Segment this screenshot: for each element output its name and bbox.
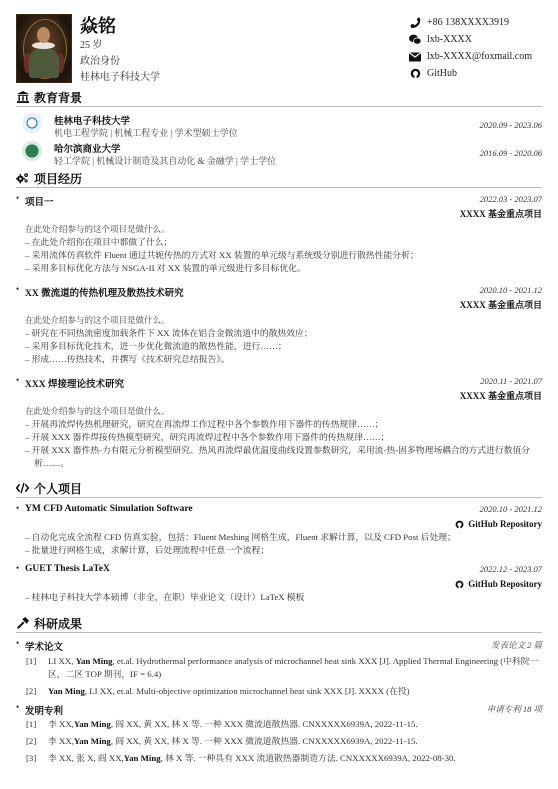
patents-count: 申请专利 18 项 (487, 703, 542, 715)
email-text: lxb-XXXX@foxmail.com (427, 51, 532, 62)
project-date: 2022.12 - 2023.07 (480, 564, 542, 574)
project-title: GUET Thesis LaTeX (25, 564, 110, 574)
project-title: XXX 焊接理论技术研究 (25, 376, 124, 390)
project-title: 项目一 (25, 194, 54, 208)
project-item: • 项目一 2022.03 - 2023.07 XXXX 基金重点项目 在此处介… (16, 193, 542, 275)
personal-project-item: • GUET Thesis LaTeX 2022.12 - 2023.07 Gi… (16, 563, 542, 604)
paper-item: [2] Yan Ming, LI XX, et.al. Multi-object… (26, 685, 542, 698)
political-status: 政治身份 (80, 52, 120, 67)
project-intro: 在此处介绍参与的这个项目是做什么。 (25, 405, 542, 418)
patent-item: [3] 李 XX, 张 X, 阎 XX,Yan Ming, 林 X 等. 一种具… (26, 752, 542, 765)
bullet: • (16, 503, 19, 513)
age: 25 岁 (80, 36, 103, 51)
section-education-title: 教育背景 (16, 88, 542, 107)
project-tag: XXXX 基金重点项目 (16, 298, 542, 312)
project-date: 2022.03 - 2023.07 (480, 194, 542, 204)
contact-list: +86 138XXXX3919 lxb-XXXX lxb-XXXX@foxmai… (409, 14, 558, 82)
hammer-icon (16, 617, 29, 630)
papers-title: 学术论文 (25, 639, 63, 653)
envelope-icon (409, 51, 421, 63)
patent-item: [1] 李 XX,Yan Ming, 阎 XX, 黄 XX, 林 X 等. 一种… (26, 718, 542, 731)
patents-title: 发明专利 (25, 703, 63, 717)
phone-text: +86 138XXXX3919 (427, 17, 509, 28)
github-icon (409, 68, 421, 80)
phone-icon (409, 17, 421, 29)
papers-count: 发表论文 2 篇 (491, 639, 542, 651)
contact-wechat[interactable]: lxb-XXXX (409, 31, 558, 48)
bullet: • (16, 563, 19, 573)
current-school: 桂林电子科技大学 (80, 68, 160, 83)
code-icon (16, 482, 29, 495)
gears-icon (16, 172, 29, 185)
avatar (16, 14, 72, 83)
github-repo-link[interactable]: GitHub Repository (16, 577, 542, 591)
contact-phone[interactable]: +86 138XXXX3919 (409, 14, 558, 31)
github-repo-link[interactable]: GitHub Repository (16, 517, 542, 531)
project-intro: 在此处介绍参与的这个项目是做什么。 (25, 223, 542, 236)
github-icon (455, 580, 464, 589)
section-projects-title: 项目经历 (16, 169, 542, 188)
project-title: XX 微流道的传热机理及散热技术研究 (25, 285, 184, 299)
project-date: 2020.10 - 2021.12 (480, 285, 542, 295)
education-item: 哈尔滨商业大学 轻工学院 | 机械设计制造及其自动化 & 金融学 | 学士学位 … (16, 139, 542, 167)
project-date: 2020.11 - 2021.07 (480, 376, 542, 386)
project-title: YM CFD Automatic Simulation Software (25, 504, 193, 514)
bullet: • (16, 284, 19, 294)
project-item: • XX 微流道的传热机理及散热技术研究 2020.10 - 2021.12 X… (16, 284, 542, 366)
wechat-text: lxb-XXXX (427, 34, 472, 45)
section-personal-projects-title: 个人项目 (16, 479, 542, 498)
bullet: • (16, 375, 19, 385)
wechat-icon (409, 34, 421, 46)
resume-page: 焱铭 25 岁 政治身份 桂林电子科技大学 +86 138XXXX3919 lx… (16, 0, 542, 769)
github-icon (455, 520, 464, 529)
patents-group: • 发明专利 申请专利 18 项 [1] 李 XX,Yan Ming, 阎 XX… (16, 702, 542, 765)
bullet: • (16, 702, 19, 712)
section-research-title: 科研成果 (16, 614, 542, 633)
patent-item: [2] 李 XX,Yan Ming, 阎 XX, 黄 XX, 林 X 等. 一种… (26, 735, 542, 748)
hucc-logo (22, 141, 42, 161)
github-link: GitHub (427, 68, 457, 79)
project-date: 2020.10 - 2021.12 (480, 504, 542, 514)
paper-item: [1] LI XX, Yan Ming, et.al. Hydrothermal… (26, 655, 542, 681)
project-intro: 在此处介绍参与的这个项目是做什么。 (25, 314, 542, 327)
university-icon (16, 91, 29, 104)
project-item: • XXX 焊接理论技术研究 2020.11 - 2021.07 XXXX 基金… (16, 375, 542, 470)
contact-github[interactable]: GitHub (409, 65, 558, 82)
resume-header: 焱铭 25 岁 政治身份 桂林电子科技大学 +86 138XXXX3919 lx… (16, 0, 542, 88)
papers-group: • 学术论文 发表论文 2 篇 [1] LI XX, Yan Ming, et.… (16, 638, 542, 698)
bullet: • (16, 638, 19, 648)
bullet: • (16, 193, 19, 203)
project-tag: XXXX 基金重点项目 (16, 207, 542, 221)
project-tag: XXXX 基金重点项目 (16, 389, 542, 403)
personal-project-item: • YM CFD Automatic Simulation Software 2… (16, 503, 542, 557)
contact-email[interactable]: lxb-XXXX@foxmail.com (409, 48, 558, 65)
education-item: 桂林电子科技大学 机电工程学院 | 机械工程专业 | 学术型硕士学位 2020.… (16, 111, 542, 139)
guet-logo (22, 113, 42, 133)
person-name: 焱铭 (80, 12, 116, 38)
